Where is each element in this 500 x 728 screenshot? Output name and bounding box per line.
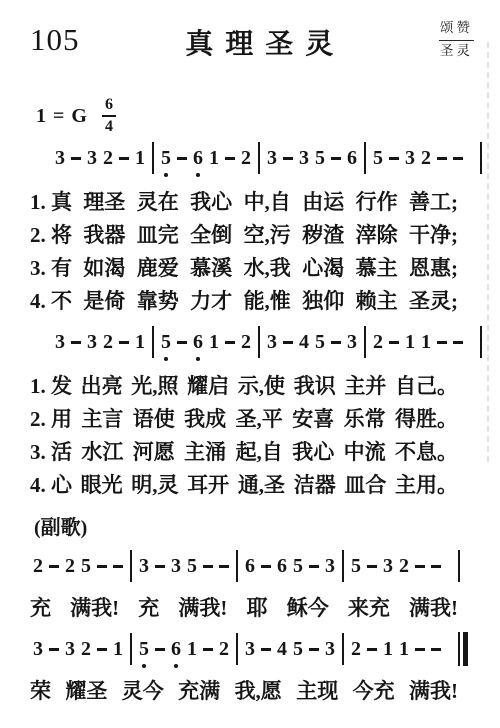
lyric-group: 主涌 bbox=[184, 436, 226, 469]
duration-dash bbox=[280, 145, 296, 171]
lyric-group: 中,自 bbox=[244, 186, 291, 219]
lyric-group: 3. 有 bbox=[30, 252, 72, 285]
category-top-label: 颂赞 bbox=[439, 18, 474, 41]
note-digit: 5 bbox=[158, 145, 174, 171]
note-digit: 5 bbox=[312, 329, 328, 355]
lyric-group: 满我! bbox=[409, 592, 458, 625]
note-digit: 5 bbox=[78, 553, 94, 579]
lyric-group: 中流 bbox=[344, 436, 386, 469]
end-barline bbox=[458, 550, 460, 582]
lyric-group: 灵在 bbox=[137, 186, 179, 219]
duration-dash bbox=[258, 553, 274, 579]
lyric-group: 圣,平 bbox=[236, 403, 283, 436]
duration-dash bbox=[174, 145, 190, 171]
lyric-group: 安喜 bbox=[292, 403, 334, 436]
lyric-group: 行作 bbox=[356, 186, 398, 219]
key-tonic: 1 = G bbox=[36, 105, 88, 128]
lyric-group: 洁器 bbox=[294, 469, 336, 502]
note-digit: 1 bbox=[132, 145, 148, 171]
lyric-group: 1. 真 bbox=[30, 186, 72, 219]
note-digit: 3 bbox=[52, 329, 68, 355]
note-digit: 3 bbox=[136, 553, 152, 579]
duration-dash bbox=[386, 329, 402, 355]
duration-dash bbox=[428, 636, 444, 662]
duration-dash bbox=[280, 329, 296, 355]
lyric-group: 恩惠; bbox=[409, 252, 458, 285]
lyric-group: 滓除 bbox=[356, 219, 398, 252]
note-digit: 6 bbox=[190, 145, 206, 171]
note-digit: 2 bbox=[216, 636, 232, 662]
note-digit: 2 bbox=[238, 145, 254, 171]
lyric-group: 独仰 bbox=[302, 285, 344, 318]
lyric-group: 全倒 bbox=[190, 219, 232, 252]
verse-block-2: 1. 发出亮光,照耀启示,使我识主并自己。 2. 用主言语使我成圣,平安喜乐常得… bbox=[0, 370, 500, 502]
barline bbox=[364, 142, 366, 174]
duration-dash bbox=[68, 329, 84, 355]
lyric-group: 2. 将 bbox=[30, 219, 72, 252]
duration-dash bbox=[116, 145, 132, 171]
lyric-group: 得胜。 bbox=[395, 403, 458, 436]
lyric-group: 充 bbox=[30, 592, 51, 625]
lyric-group: 空,污 bbox=[244, 219, 291, 252]
lyric-group: 慕溪 bbox=[190, 252, 232, 285]
lyric-group: 理圣 bbox=[83, 186, 125, 219]
note-digit: 3 bbox=[402, 145, 418, 171]
duration-dash bbox=[174, 329, 190, 355]
lyric-group: 灵今 bbox=[122, 675, 164, 708]
time-signature-denominator: 4 bbox=[102, 117, 116, 136]
note-digit: 5 bbox=[290, 636, 306, 662]
lyric-group: 示,使 bbox=[238, 370, 285, 403]
duration-dash bbox=[450, 329, 466, 355]
scan-artifact-right-edge bbox=[487, 42, 489, 462]
duration-dash bbox=[216, 553, 232, 579]
lyric-group: 靠势 bbox=[137, 285, 179, 318]
note-digit: 3 bbox=[296, 145, 312, 171]
verse-4-line-1: 4. 不是倚靠势力才能,惟独仰赖主圣灵; bbox=[30, 285, 458, 318]
note-digit: 1 bbox=[402, 329, 418, 355]
verse-3-line-1: 3. 有如渴鹿爱慕溪水,我心渴慕主恩惠; bbox=[30, 252, 458, 285]
duration-dash bbox=[450, 145, 466, 171]
duration-dash bbox=[46, 636, 62, 662]
duration-dash bbox=[152, 636, 168, 662]
note-digit: 5 bbox=[312, 145, 328, 171]
note-digit: 2 bbox=[62, 553, 78, 579]
note-digit: 4 bbox=[296, 329, 312, 355]
duration-dash bbox=[200, 553, 216, 579]
lyric-group: 圣灵; bbox=[409, 285, 458, 318]
lyric-group: 稣今 bbox=[287, 592, 329, 625]
end-barline bbox=[480, 142, 482, 174]
note-digit: 1 bbox=[380, 636, 396, 662]
lyric-group: 满我! bbox=[70, 592, 119, 625]
duration-dash bbox=[94, 636, 110, 662]
note-digit: 2 bbox=[418, 145, 434, 171]
note-digit: 5 bbox=[136, 636, 152, 662]
lyric-group: 4. 不 bbox=[30, 285, 72, 318]
verse-block-1: 1. 真理圣灵在我心中,自由运行作善工; 2. 将我器皿完全倒空,污秽渣滓除干净… bbox=[0, 186, 500, 318]
duration-dash bbox=[94, 553, 110, 579]
note-digit: 6 bbox=[344, 145, 360, 171]
lyric-group: 满我! bbox=[178, 592, 227, 625]
duration-dash bbox=[364, 553, 380, 579]
barline bbox=[152, 326, 154, 358]
lyric-group: 通,圣 bbox=[238, 469, 285, 502]
notation-line-chorus-2: 332156123453211 bbox=[30, 627, 500, 671]
duration-dash bbox=[222, 145, 238, 171]
lyric-group: 主并 bbox=[344, 370, 386, 403]
end-barline bbox=[480, 326, 482, 358]
note-digit: 2 bbox=[396, 553, 412, 579]
note-digit: 3 bbox=[264, 329, 280, 355]
key-signature: 1 = G 6 4 bbox=[36, 98, 500, 134]
duration-dash bbox=[386, 145, 402, 171]
lyric-group: 耀圣 bbox=[65, 675, 107, 708]
duration-dash bbox=[222, 329, 238, 355]
lyric-group: 水江 bbox=[81, 436, 123, 469]
lyric-group: 河愿 bbox=[133, 436, 175, 469]
lyric-group: 鹿爱 bbox=[137, 252, 179, 285]
final-barline bbox=[458, 632, 468, 666]
verse-2-line-2: 2. 用主言语使我成圣,平安喜乐常得胜。 bbox=[30, 403, 458, 436]
verse-1-line-1: 1. 真理圣灵在我心中,自由运行作善工; bbox=[30, 186, 458, 219]
note-digit: 1 bbox=[184, 636, 200, 662]
chorus-label: (副歌) bbox=[34, 514, 500, 542]
lyric-group: 语使 bbox=[133, 403, 175, 436]
note-digit: 2 bbox=[30, 553, 46, 579]
lyric-group: 满我! bbox=[409, 675, 458, 708]
barline bbox=[130, 633, 132, 665]
note-digit: 2 bbox=[78, 636, 94, 662]
duration-dash bbox=[116, 329, 132, 355]
barline bbox=[130, 550, 132, 582]
note-digit: 3 bbox=[84, 145, 100, 171]
lyric-group: 今充 bbox=[353, 675, 395, 708]
lyric-group: 力才 bbox=[190, 285, 232, 318]
duration-dash bbox=[434, 145, 450, 171]
note-digit: 3 bbox=[344, 329, 360, 355]
note-digit: 5 bbox=[348, 553, 364, 579]
lyric-group: 我心 bbox=[292, 436, 334, 469]
lyric-group: 充 bbox=[138, 592, 159, 625]
note-digit: 5 bbox=[290, 553, 306, 579]
lyric-group: 自己。 bbox=[395, 370, 458, 403]
lyric-group: 善工; bbox=[409, 186, 458, 219]
lyric-group: 由运 bbox=[302, 186, 344, 219]
lyric-group: 是倚 bbox=[83, 285, 125, 318]
note-digit: 1 bbox=[206, 145, 222, 171]
note-digit: 6 bbox=[190, 329, 206, 355]
note-digit: 1 bbox=[396, 636, 412, 662]
lyric-group: 水,我 bbox=[244, 252, 291, 285]
duration-dash bbox=[152, 553, 168, 579]
lyric-group: 能,惟 bbox=[244, 285, 291, 318]
lyric-group: 如渴 bbox=[83, 252, 125, 285]
note-digit: 5 bbox=[370, 145, 386, 171]
note-digit: 1 bbox=[206, 329, 222, 355]
note-digit: 1 bbox=[132, 329, 148, 355]
hymn-title: 真理圣灵 bbox=[80, 22, 440, 62]
duration-dash bbox=[434, 329, 450, 355]
duration-dash bbox=[68, 145, 84, 171]
note-digit: 3 bbox=[322, 553, 338, 579]
duration-dash bbox=[258, 636, 274, 662]
note-digit: 3 bbox=[264, 145, 280, 171]
lyric-group: 不息。 bbox=[395, 436, 458, 469]
lyric-group: 心渴 bbox=[302, 252, 344, 285]
duration-dash bbox=[328, 145, 344, 171]
notation-line-chorus-1: 2253356653532 bbox=[30, 544, 500, 588]
note-digit: 3 bbox=[52, 145, 68, 171]
duration-dash bbox=[412, 553, 428, 579]
duration-dash bbox=[328, 329, 344, 355]
lyric-group: 耀启 bbox=[187, 370, 229, 403]
note-digit: 2 bbox=[238, 329, 254, 355]
lyric-group: 秽渣 bbox=[302, 219, 344, 252]
lyric-group: 主现 bbox=[296, 675, 338, 708]
notation-line-verse-1: 332156123356532 bbox=[52, 136, 500, 180]
lyric-group: 荣 bbox=[30, 675, 51, 708]
note-digit: 6 bbox=[274, 553, 290, 579]
verse-2-line-1: 2. 将我器皿完全倒空,污秽渣滓除干净; bbox=[30, 219, 458, 252]
note-digit: 3 bbox=[242, 636, 258, 662]
note-digit: 5 bbox=[184, 553, 200, 579]
duration-dash bbox=[364, 636, 380, 662]
note-digit: 3 bbox=[168, 553, 184, 579]
lyric-group: 3. 活 bbox=[30, 436, 72, 469]
lyric-group: 眼光 bbox=[81, 469, 123, 502]
note-digit: 3 bbox=[84, 329, 100, 355]
duration-dash bbox=[306, 553, 322, 579]
barline bbox=[342, 550, 344, 582]
lyric-group: 来充 bbox=[348, 592, 390, 625]
note-digit: 2 bbox=[100, 329, 116, 355]
note-digit: 2 bbox=[100, 145, 116, 171]
chorus-lyric-line-1: 充满我!充满我!耶稣今来充满我! bbox=[30, 592, 458, 625]
barline bbox=[152, 142, 154, 174]
note-digit: 6 bbox=[242, 553, 258, 579]
notation-line-verse-2: 332156123453211 bbox=[52, 320, 500, 364]
lyric-group: 主言 bbox=[81, 403, 123, 436]
note-digit: 3 bbox=[322, 636, 338, 662]
duration-dash bbox=[428, 553, 444, 579]
time-signature-numerator: 6 bbox=[102, 96, 116, 117]
duration-dash bbox=[200, 636, 216, 662]
lyric-group: 我器 bbox=[83, 219, 125, 252]
lyric-group: 1. 发 bbox=[30, 370, 72, 403]
lyric-group: 耳开 bbox=[187, 469, 229, 502]
lyric-group: 2. 用 bbox=[30, 403, 72, 436]
lyric-group: 主用。 bbox=[395, 469, 458, 502]
lyric-group: 皿合 bbox=[344, 469, 386, 502]
lyric-group: 充满 bbox=[178, 675, 220, 708]
lyric-group: 起,自 bbox=[236, 436, 283, 469]
lyric-group: 慕主 bbox=[356, 252, 398, 285]
lyric-group: 赖主 bbox=[356, 285, 398, 318]
lyric-group: 皿完 bbox=[137, 219, 179, 252]
lyric-group: 光,照 bbox=[131, 370, 178, 403]
note-digit: 3 bbox=[62, 636, 78, 662]
duration-dash bbox=[412, 636, 428, 662]
note-digit: 4 bbox=[274, 636, 290, 662]
hymn-number: 105 bbox=[30, 22, 80, 58]
lyric-group: 我成 bbox=[184, 403, 226, 436]
time-signature: 6 4 bbox=[102, 96, 116, 135]
duration-dash bbox=[306, 636, 322, 662]
note-digit: 5 bbox=[158, 329, 174, 355]
lyric-group: 干净; bbox=[409, 219, 458, 252]
category-bottom-label: 圣灵 bbox=[439, 41, 474, 62]
lyric-group: 我识 bbox=[294, 370, 336, 403]
lyric-group: 我心 bbox=[190, 186, 232, 219]
hymn-sheet-page: 105 真理圣灵 颂赞 圣灵 1 = G 6 4 332156123356532… bbox=[0, 0, 500, 728]
note-digit: 2 bbox=[348, 636, 364, 662]
lyric-group: 出亮 bbox=[81, 370, 123, 403]
lyric-group: 乐常 bbox=[344, 403, 386, 436]
barline bbox=[258, 142, 260, 174]
note-digit: 2 bbox=[370, 329, 386, 355]
header: 105 真理圣灵 颂赞 圣灵 bbox=[0, 0, 500, 62]
note-digit: 1 bbox=[110, 636, 126, 662]
verse-1-line-2: 1. 发出亮光,照耀启示,使我识主并自己。 bbox=[30, 370, 458, 403]
note-digit: 3 bbox=[380, 553, 396, 579]
duration-dash bbox=[46, 553, 62, 579]
note-digit: 1 bbox=[418, 329, 434, 355]
note-digit: 6 bbox=[168, 636, 184, 662]
note-digit: 3 bbox=[30, 636, 46, 662]
lyric-group: 4. 心 bbox=[30, 469, 72, 502]
barline bbox=[364, 326, 366, 358]
verse-3-line-2: 3. 活水江河愿主涌起,自我心中流不息。 bbox=[30, 436, 458, 469]
barline bbox=[258, 326, 260, 358]
barline bbox=[236, 633, 238, 665]
category-marker: 颂赞 圣灵 bbox=[439, 18, 474, 62]
verse-4-line-2: 4. 心眼光明,灵耳开通,圣洁器皿合主用。 bbox=[30, 469, 458, 502]
lyric-group: 耶 bbox=[247, 592, 268, 625]
duration-dash bbox=[110, 553, 126, 579]
lyric-group: 明,灵 bbox=[131, 469, 178, 502]
chorus-lyric-line-2: 荣耀圣灵今充满我,愿主现今充满我! bbox=[30, 675, 458, 708]
barline bbox=[236, 550, 238, 582]
barline bbox=[342, 633, 344, 665]
lyric-group: 我,愿 bbox=[235, 675, 282, 708]
